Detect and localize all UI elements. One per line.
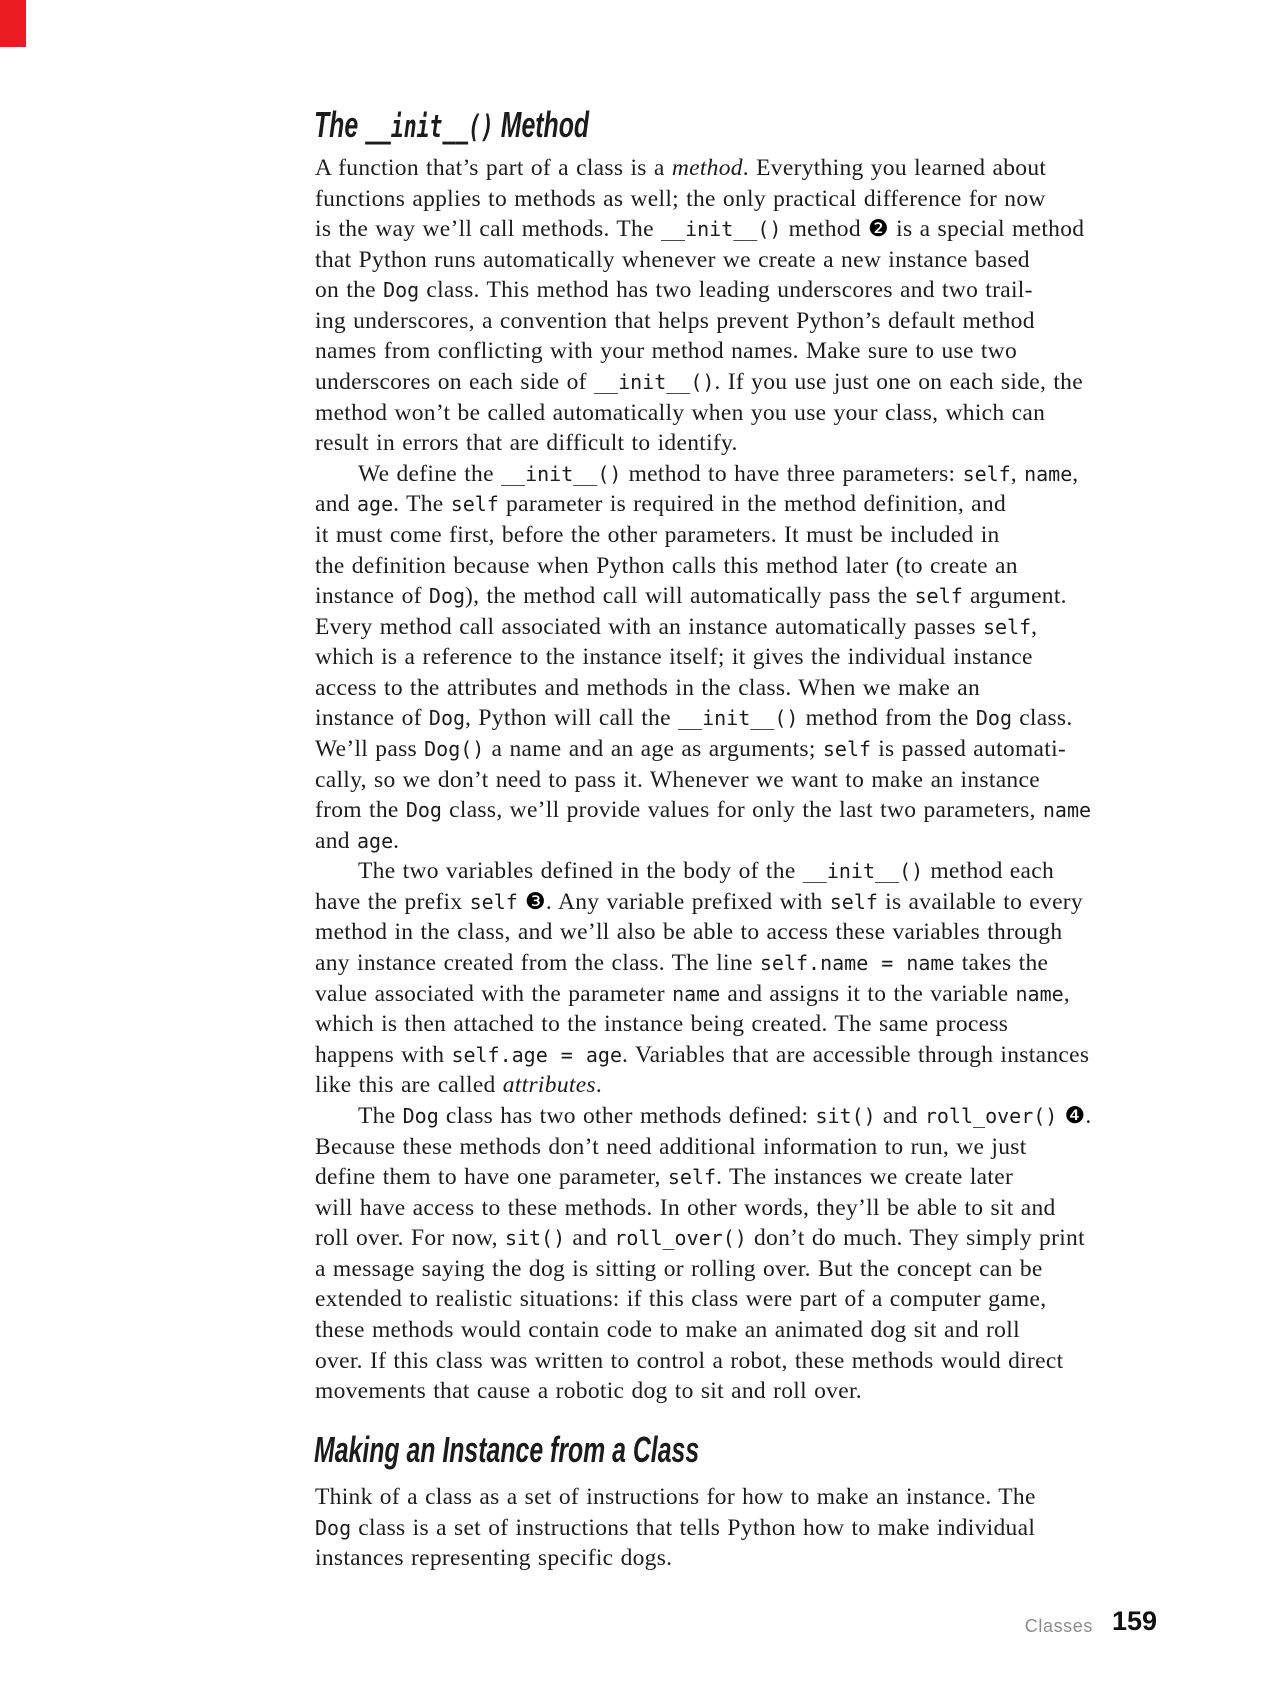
text-run: result in errors that are difficult to i… [315, 430, 738, 456]
text-run: and [315, 828, 357, 854]
text-run: method to have three parameters: [621, 461, 962, 487]
inline-code: Dog [315, 1516, 351, 1540]
text-run: method won’t be called automatically whe… [315, 400, 1045, 426]
italic-term: attributes [503, 1072, 596, 1098]
text-run: , Python will call the [465, 705, 678, 731]
text-run: access to the attributes and methods in … [315, 675, 980, 701]
text-line: and age. The self parameter is required … [315, 489, 1155, 520]
text-run [518, 889, 525, 915]
text-line: The Dog class has two other methods defi… [315, 1101, 1155, 1132]
text-run: class. [1012, 705, 1073, 731]
text-line: extended to realistic situations: if thi… [315, 1284, 1155, 1315]
text-line: Dog class is a set of instructions that … [315, 1513, 1155, 1544]
text-run: The two variables defined in the body of… [358, 858, 803, 884]
text-run: extended to realistic situations: if thi… [315, 1286, 1046, 1312]
text-run: define them to have one parameter, [315, 1164, 668, 1190]
text-line: access to the attributes and methods in … [315, 673, 1155, 704]
text-line: a message saying the dog is sitting or r… [315, 1254, 1155, 1285]
text-run: The [358, 1103, 403, 1129]
text-run: Every method call associated with an ins… [315, 614, 983, 640]
text-run: Think of a class as a set of instruction… [315, 1484, 1036, 1510]
inline-code: __init__() [678, 706, 798, 730]
text-run: is a special method [889, 216, 1084, 242]
text-line: which is then attached to the instance b… [315, 1009, 1155, 1040]
text-run: . If you use just one on each side, the [714, 369, 1083, 395]
inline-code: age [357, 492, 393, 516]
text-run: these methods would contain code to make… [315, 1317, 1020, 1343]
text-line: define them to have one parameter, self.… [315, 1162, 1155, 1193]
text-run: ing underscores, a convention that helps… [315, 308, 1035, 334]
text-line: functions applies to methods as well; th… [315, 184, 1155, 215]
text-line: result in errors that are difficult to i… [315, 428, 1155, 459]
inline-code: self.age = age [451, 1043, 622, 1067]
text-line: ing underscores, a convention that helps… [315, 306, 1155, 337]
text-run: Because these methods don’t need additio… [315, 1134, 1027, 1160]
inline-code: Dog [406, 798, 442, 822]
text-run: is the way we’ll call methods. The [315, 216, 661, 242]
inline-code: __init__() [661, 217, 781, 241]
text-run: and assigns it to the variable [720, 981, 1015, 1007]
text-run: which is then attached to the instance b… [315, 1011, 1008, 1037]
inline-code: self [451, 492, 499, 516]
italic-term: method [672, 155, 743, 181]
text-run: class. This method has two leading under… [419, 277, 1033, 303]
text-line: method won’t be called automatically whe… [315, 398, 1155, 429]
text-run: have the prefix [315, 889, 470, 915]
inline-code: name [1016, 982, 1064, 1006]
text-run: roll over. For now, [315, 1225, 505, 1251]
text-run: over. If this class was written to contr… [315, 1348, 1063, 1374]
text-line: is the way we’ll call methods. The __ini… [315, 214, 1155, 245]
inline-code: self [830, 890, 878, 914]
inline-code: self.name = name [760, 951, 955, 975]
text-run: don’t do much. They simply print [747, 1225, 1085, 1251]
text-run: A function that’s part of a class is a [315, 155, 672, 181]
text-line: roll over. For now, sit() and roll_over(… [315, 1223, 1155, 1254]
text-run: is available to every [878, 889, 1083, 915]
heading-making-instance: Making an Instance from a Class [314, 1430, 872, 1470]
body-making-instance: Think of a class as a set of instruction… [315, 1482, 1155, 1574]
text-run: from the [315, 797, 406, 823]
heading-code-run: __init__() [365, 109, 494, 145]
text-line: The two variables defined in the body of… [315, 856, 1155, 887]
text-run: it must come first, before the other par… [315, 522, 1000, 548]
footer-page-number: 159 [1112, 1606, 1157, 1637]
text-run: method in the class, and we’ll also be a… [315, 919, 1062, 945]
text-run: any instance created from the class. The… [315, 950, 760, 976]
text-line: will have access to these methods. In ot… [315, 1193, 1155, 1224]
text-line: We’ll pass Dog() a name and an age as ar… [315, 734, 1155, 765]
inline-code: sit() [505, 1226, 565, 1250]
text-line: that Python runs automatically whenever … [315, 245, 1155, 276]
text-run: , [1064, 981, 1070, 1007]
callout-badge: ❷ [868, 216, 889, 242]
heading-run: Method [494, 104, 589, 145]
text-run: cally, so we don’t need to pass it. When… [315, 767, 1040, 793]
text-line: have the prefix self ❸. Any variable pre… [315, 887, 1155, 918]
text-run: . Everything you learned about [743, 155, 1046, 181]
inline-code: name [1024, 462, 1072, 486]
inline-code: self [915, 584, 963, 608]
text-run [1057, 1103, 1064, 1129]
text-run: takes the [955, 950, 1049, 976]
inline-code: Dog [429, 584, 465, 608]
heading-making-instance-text: Making an Instance from a Class [314, 1430, 699, 1470]
heading-run: The [314, 104, 365, 145]
text-run: instance of [315, 705, 429, 731]
text-run: is passed automati- [871, 736, 1066, 762]
text-line: method in the class, and we’ll also be a… [315, 917, 1155, 948]
text-line: like this are called attributes. [315, 1070, 1155, 1101]
inline-code: roll_over() [925, 1104, 1057, 1128]
text-run: class is a set of instructions that tell… [351, 1515, 1035, 1541]
text-run: . Any variable prefixed with [546, 889, 830, 915]
book-page: The __init__() Method A function that’s … [0, 0, 1280, 1691]
callout-badge: ❹ [1065, 1103, 1086, 1129]
text-line: names from conflicting with your method … [315, 336, 1155, 367]
inline-code: __init__() [803, 859, 923, 883]
text-run: that Python runs automatically whenever … [315, 247, 1030, 273]
body-init-method: A function that’s part of a class is a m… [315, 153, 1155, 1407]
inline-code: Dog [403, 1104, 439, 1128]
text-run: ), the method call will automatically pa… [465, 583, 915, 609]
text-line: which is a reference to the instance its… [315, 642, 1155, 673]
text-line: from the Dog class, we’ll provide values… [315, 795, 1155, 826]
text-run: method from the [798, 705, 975, 731]
inline-code: self [823, 737, 871, 761]
text-run: value associated with the parameter [315, 981, 672, 1007]
text-run: underscores on each side of [315, 369, 594, 395]
text-run: argument. [963, 583, 1067, 609]
text-run: the definition because when Python calls… [315, 553, 1018, 579]
text-run: method each [923, 858, 1054, 884]
text-run: , [1072, 461, 1078, 487]
text-run: names from conflicting with your method … [315, 338, 1017, 364]
text-run: which is a reference to the instance its… [315, 644, 1033, 670]
text-line: these methods would contain code to make… [315, 1315, 1155, 1346]
inline-code: Dog [383, 278, 419, 302]
text-run: instances representing specific dogs. [315, 1545, 672, 1571]
text-run: parameter is required in the method defi… [499, 491, 1006, 517]
text-run: We’ll pass [315, 736, 424, 762]
text-run: . [596, 1072, 602, 1098]
inline-code: self [470, 890, 518, 914]
text-line: value associated with the parameter name… [315, 979, 1155, 1010]
footer-section-label: Classes [1025, 1616, 1093, 1637]
text-run: . The instances we create later [716, 1164, 1013, 1190]
text-line: happens with self.age = age. Variables t… [315, 1040, 1155, 1071]
inline-code: Dog() [424, 737, 484, 761]
inline-code: self [963, 462, 1011, 486]
text-run: , [1031, 614, 1037, 640]
text-line: over. If this class was written to contr… [315, 1346, 1155, 1377]
callout-badge: ❸ [525, 889, 546, 915]
text-line: A function that’s part of a class is a m… [315, 153, 1155, 184]
text-line: any instance created from the class. The… [315, 948, 1155, 979]
text-line: instances representing specific dogs. [315, 1543, 1155, 1574]
inline-code: name [1043, 798, 1091, 822]
text-run: . [393, 828, 399, 854]
inline-code: __init__() [594, 370, 714, 394]
inline-code: roll_over() [614, 1226, 746, 1250]
inline-code: Dog [976, 706, 1012, 730]
inline-code: sit() [815, 1104, 875, 1128]
text-line: the definition because when Python calls… [315, 551, 1155, 582]
text-line: on the Dog class. This method has two le… [315, 275, 1155, 306]
text-run: on the [315, 277, 383, 303]
heading-run: Making an Instance from a Class [314, 1429, 699, 1470]
text-run: happens with [315, 1042, 451, 1068]
text-line: cally, so we don’t need to pass it. When… [315, 765, 1155, 796]
text-run: and [315, 491, 357, 517]
text-line: underscores on each side of __init__(). … [315, 367, 1155, 398]
text-line: Think of a class as a set of instruction… [315, 1482, 1155, 1513]
text-line: instance of Dog), the method call will a… [315, 581, 1155, 612]
inline-code: __init__() [501, 462, 621, 486]
text-run: instance of [315, 583, 429, 609]
text-run: method [781, 216, 868, 242]
text-run: class, we’ll provide values for only the… [442, 797, 1043, 823]
text-line: and age. [315, 826, 1155, 857]
text-run: and [876, 1103, 925, 1129]
heading-init-method: The __init__() Method [314, 105, 713, 147]
red-corner-marker [0, 0, 26, 47]
text-run: class has two other methods defined: [439, 1103, 816, 1129]
text-line: We define the __init__() method to have … [315, 459, 1155, 490]
text-run: like this are called [315, 1072, 503, 1098]
text-run: We define the [358, 461, 501, 487]
text-run: . The [393, 491, 451, 517]
text-line: movements that cause a robotic dog to si… [315, 1376, 1155, 1407]
text-line: Because these methods don’t need additio… [315, 1132, 1155, 1163]
inline-code: self [668, 1165, 716, 1189]
inline-code: age [357, 829, 393, 853]
text-line: instance of Dog, Python will call the __… [315, 703, 1155, 734]
heading-init-method-text: The __init__() Method [314, 105, 589, 147]
text-run: will have access to these methods. In ot… [315, 1195, 1056, 1221]
text-run: a message saying the dog is sitting or r… [315, 1256, 1043, 1282]
text-run: and [565, 1225, 614, 1251]
text-line: it must come first, before the other par… [315, 520, 1155, 551]
text-line: Every method call associated with an ins… [315, 612, 1155, 643]
text-run: , [1011, 461, 1024, 487]
text-run: a name and an age as arguments; [484, 736, 823, 762]
inline-code: name [672, 982, 720, 1006]
text-run: . [1085, 1103, 1091, 1129]
inline-code: self [983, 615, 1031, 639]
text-run: . Variables that are accessible through … [622, 1042, 1089, 1068]
inline-code: Dog [429, 706, 465, 730]
text-run: functions applies to methods as well; th… [315, 186, 1046, 212]
text-run: movements that cause a robotic dog to si… [315, 1378, 862, 1404]
